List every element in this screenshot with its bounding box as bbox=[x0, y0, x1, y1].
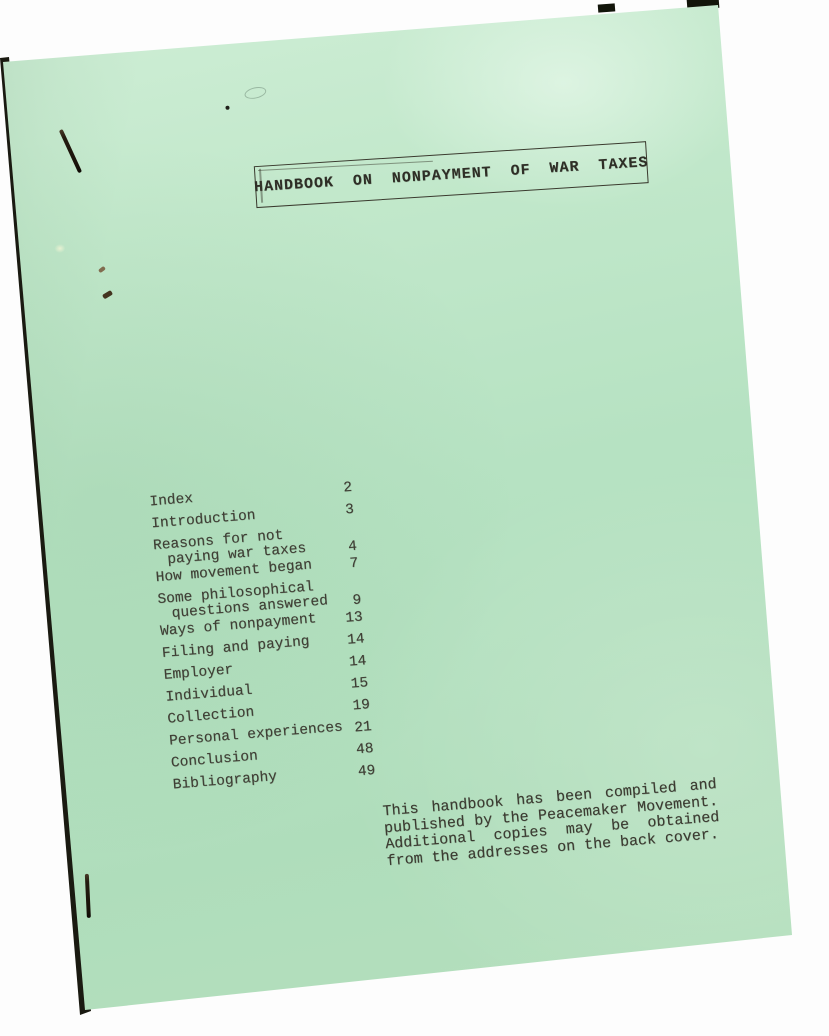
toc-page-number: 13 bbox=[345, 610, 364, 626]
toc-entry-label: Collection bbox=[167, 706, 255, 728]
toc-page-number: 7 bbox=[349, 557, 359, 573]
toc-entry-label: Index bbox=[149, 492, 194, 511]
toc-page-number: 14 bbox=[348, 654, 367, 670]
paper-blemish bbox=[54, 244, 66, 254]
pencil-squiggle bbox=[243, 85, 267, 101]
table-of-contents: Index 2 Introduction 3 Reasons for not p… bbox=[149, 479, 376, 801]
ink-dot bbox=[225, 106, 229, 110]
toc-entry-label: Conclusion bbox=[170, 749, 258, 771]
toc-page-number: 14 bbox=[347, 632, 366, 648]
toc-entry-label: Introduction bbox=[151, 509, 256, 533]
toc-page-number: 4 bbox=[348, 540, 358, 556]
toc-page-number: 9 bbox=[352, 593, 362, 609]
page-title: HANDBOOK ON NONPAYMENT OF WAR TAXES bbox=[254, 154, 649, 196]
toc-page-number: 15 bbox=[350, 676, 369, 692]
rust-mark bbox=[98, 266, 106, 273]
toc-page-number: 21 bbox=[354, 720, 373, 736]
staple-bottom bbox=[85, 874, 91, 918]
staple-top bbox=[59, 129, 82, 173]
toc-entry-label: Employer bbox=[163, 663, 234, 684]
rust-mark bbox=[102, 290, 113, 299]
toc-entry-label: Individual bbox=[165, 684, 253, 706]
toc-page-number: 3 bbox=[345, 503, 355, 519]
toc-page-number: 2 bbox=[343, 481, 353, 497]
toc-page-number: 19 bbox=[352, 698, 371, 714]
toc-page-number: 49 bbox=[357, 764, 376, 780]
colophon-text: This handbook has been compiled and publ… bbox=[382, 777, 721, 871]
title-box: HANDBOOK ON NONPAYMENT OF WAR TAXES bbox=[254, 141, 649, 208]
toc-entry-label: Bibliography bbox=[172, 770, 277, 794]
toc-page-number: 48 bbox=[356, 742, 375, 758]
scanned-booklet-cover: HANDBOOK ON NONPAYMENT OF WAR TAXES Inde… bbox=[0, 0, 829, 1036]
cover-content: HANDBOOK ON NONPAYMENT OF WAR TAXES Inde… bbox=[3, 1, 825, 1024]
